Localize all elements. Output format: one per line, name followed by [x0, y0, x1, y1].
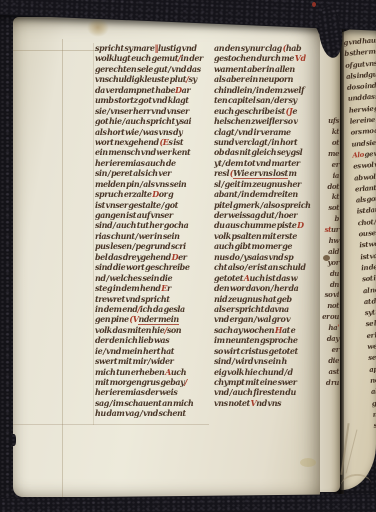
text-line: wament aber in allen	[214, 64, 320, 74]
text-line: spruch erzalte Dor g	[95, 189, 213, 199]
text-line: so vi	[317, 289, 339, 300]
text-line: melden pin / als vns sein	[95, 179, 213, 189]
text-line: nus do / ysaias vnd sp	[214, 252, 320, 262]
text-line: got hie / auch spricht ysai	[95, 116, 213, 126]
text-line: wolklugt euch gemut/in der	[95, 53, 213, 63]
text-line: kt	[317, 126, 339, 137]
text-line: da verdampnet habeDar	[95, 85, 213, 95]
text-line: abant / in dem dreiten	[214, 189, 320, 199]
text-line: not	[317, 300, 339, 311]
page-edge-nick	[11, 434, 16, 446]
text-line: als hort wie / was vns dy	[95, 127, 213, 137]
right-text-column: an den sy nur clag (habgestochen durch m…	[214, 43, 320, 408]
text-line	[317, 420, 339, 431]
text-line: sag / im schauent an mich	[95, 398, 213, 408]
text-line: sind / wird vns ein h	[214, 356, 320, 366]
text-line: ot	[317, 137, 339, 148]
text-line: du aus chumme piste D	[214, 220, 320, 230]
text-line: gangen ist auf vnser	[95, 210, 213, 220]
text-line: sund verclagt / in hort	[214, 137, 320, 147]
text-line: mich tun erheben Auch	[95, 367, 213, 377]
text-line: me	[317, 148, 339, 159]
text-line: sind die wort geschreibe	[95, 262, 213, 272]
text-line: dot	[317, 181, 339, 192]
text-line: her ieremias auch de	[95, 158, 213, 168]
text-line	[317, 388, 339, 399]
text-line: her ieremias der weis	[95, 387, 213, 397]
text-line: auch gibt mo mer ge	[214, 241, 320, 251]
text-line: in dem end/ich da gesla	[95, 304, 213, 314]
cloth-background-bottom	[0, 494, 376, 512]
text-line: rias chunt / wer in sein	[95, 231, 213, 241]
text-line: wort nexgehend (Es ist	[95, 137, 213, 147]
text-line: ie / vnd mein hert hat	[95, 346, 213, 356]
text-line	[317, 398, 339, 409]
text-line: ia	[317, 170, 339, 181]
text-line: den wor davon / her da	[214, 283, 320, 293]
text-line	[317, 104, 339, 115]
ruling-line-horizontal-top	[13, 50, 97, 51]
text-line: resl (Wie er vns lost m	[214, 168, 320, 178]
text-line: b	[317, 213, 339, 224]
parchment-smudge	[300, 458, 316, 467]
text-line: sach ay wochen Hat e	[214, 325, 320, 335]
text-line: der weissag dut / hoer	[214, 210, 320, 220]
text-line: mit morgengrus gebay/	[95, 377, 213, 387]
ruling-line-vertical-margin	[62, 39, 63, 497]
text-line: gestochen durch me Vd	[214, 53, 320, 63]
text-line: pus lesen / pegrund scri	[95, 241, 213, 251]
text-line: sin / peret als ich ver	[95, 168, 213, 178]
text-line: umb stortz got vnd klagt	[95, 95, 213, 105]
text-line: steg in dem hend Er	[95, 283, 213, 293]
text-line: vnd ergan / wal gro v	[214, 314, 320, 324]
photo-of-manuscript-opening: { "colors":{"background_cloth":"#141318"…	[0, 0, 376, 512]
text-line	[317, 83, 339, 94]
text-line: vnschuldigkleuste plut/sy	[95, 74, 213, 84]
text-line: day	[317, 333, 339, 344]
text-line: ast	[317, 366, 339, 377]
left-text-column: spricht sy mare‖lustig vndwolklugt euch …	[95, 43, 213, 419]
text-line: helschen zweifler so v	[214, 116, 320, 126]
text-line: trewret vnd spricht	[95, 294, 213, 304]
protruding-leaf-edge: ufsktotmeeriadotktsotbsturhwaldyordudnso…	[317, 30, 340, 492]
text-line: ein mensch vnd wer kent	[95, 147, 213, 157]
text-line	[317, 72, 339, 83]
text-line: ufs	[317, 115, 339, 126]
text-line: an den sy nur clag (hab	[214, 43, 320, 53]
text-line: chympt mit eine swer	[214, 377, 320, 387]
text-line: ha'	[317, 322, 339, 333]
ruling-line-vertical-column	[93, 43, 94, 425]
gutter-smudge	[323, 255, 330, 261]
text-line: so wirt cristus getotet	[214, 346, 320, 356]
text-line: spricht sy mare‖lustig vnd	[95, 43, 213, 53]
text-line: sot	[317, 202, 339, 213]
text-line	[317, 93, 339, 104]
text-line: als er spricht davna	[214, 304, 320, 314]
manuscript-page: spricht sy mare‖lustig vndwolklugt euch …	[13, 17, 320, 497]
facing-page-edge: g vnd hauscheb sther meof gut vnschals i…	[340, 20, 376, 490]
text-line: yt / dem tot vnd marter	[214, 158, 320, 168]
text-line: chindlein / in dem zwelf	[214, 85, 320, 95]
text-line: nd / welches sein die	[95, 273, 213, 283]
text-line: vnd / auch firesten du	[214, 387, 320, 397]
text-line: ten capitel san / der sy	[214, 95, 320, 105]
text-line: im neunten gsproche	[214, 335, 320, 345]
text-line: als aber ein neuporn	[214, 74, 320, 84]
text-line: dn	[317, 279, 339, 290]
text-line: eig volk hie chund / d	[214, 367, 320, 377]
text-line: er ou	[317, 311, 339, 322]
text-line: gerechten sele gut / vnd das	[95, 64, 213, 74]
red-marker-speck	[312, 2, 316, 7]
text-line: kt	[317, 191, 339, 202]
text-line: er	[317, 344, 339, 355]
text-line	[317, 61, 339, 72]
text-line: bel das dreygehend Der	[95, 252, 213, 262]
text-line: vns notet Vnd vns	[214, 398, 320, 408]
text-line: nid zeugnus hat geb	[214, 294, 320, 304]
text-line: hw	[317, 235, 339, 246]
text-line: du	[317, 268, 339, 279]
text-line: getotet Auch ist das w	[214, 273, 320, 283]
leaf-edge-text-fragments: ufsktotmeeriadotktsotbsturhwaldyordudnso…	[317, 39, 339, 431]
text-line: er	[317, 159, 339, 170]
text-line: hu dam vag / vnd schent	[95, 408, 213, 418]
text-line: die	[317, 355, 339, 366]
facing-page-text-column: g vnd hauscheb sther meof gut vnschals i…	[343, 32, 376, 431]
text-line	[317, 409, 339, 420]
text-line: stur	[317, 224, 339, 235]
text-line: volk das miten hie/son	[95, 325, 213, 335]
ruling-line-horizontal-bottom	[13, 424, 209, 425]
text-line: sind / auch tut her gocha	[95, 220, 213, 230]
text-line: sie / vnser herr vnd vnser	[95, 106, 213, 116]
text-line: ist vnser gestalte / got	[95, 200, 213, 210]
parchment-stain	[87, 18, 109, 37]
text-line: swert mit mir / wider	[95, 356, 213, 366]
text-line: gen pine (Vnder mein	[95, 314, 213, 324]
text-line: der den ich lieb was	[95, 335, 213, 345]
text-line: euch geschribe ist (Je	[214, 106, 320, 116]
text-line: clagt / vnd ir verame	[214, 127, 320, 137]
text-line: ob das nit gleich sey gsl	[214, 147, 320, 157]
text-line: sl / geit im zeugnus her	[214, 179, 320, 189]
text-line: cht also / er ist an schuld	[214, 262, 320, 272]
text-line: d ru	[317, 377, 339, 388]
text-line: pitel gmerk / also spreich	[214, 200, 320, 210]
text-line: volk psalten mit erste	[214, 231, 320, 241]
